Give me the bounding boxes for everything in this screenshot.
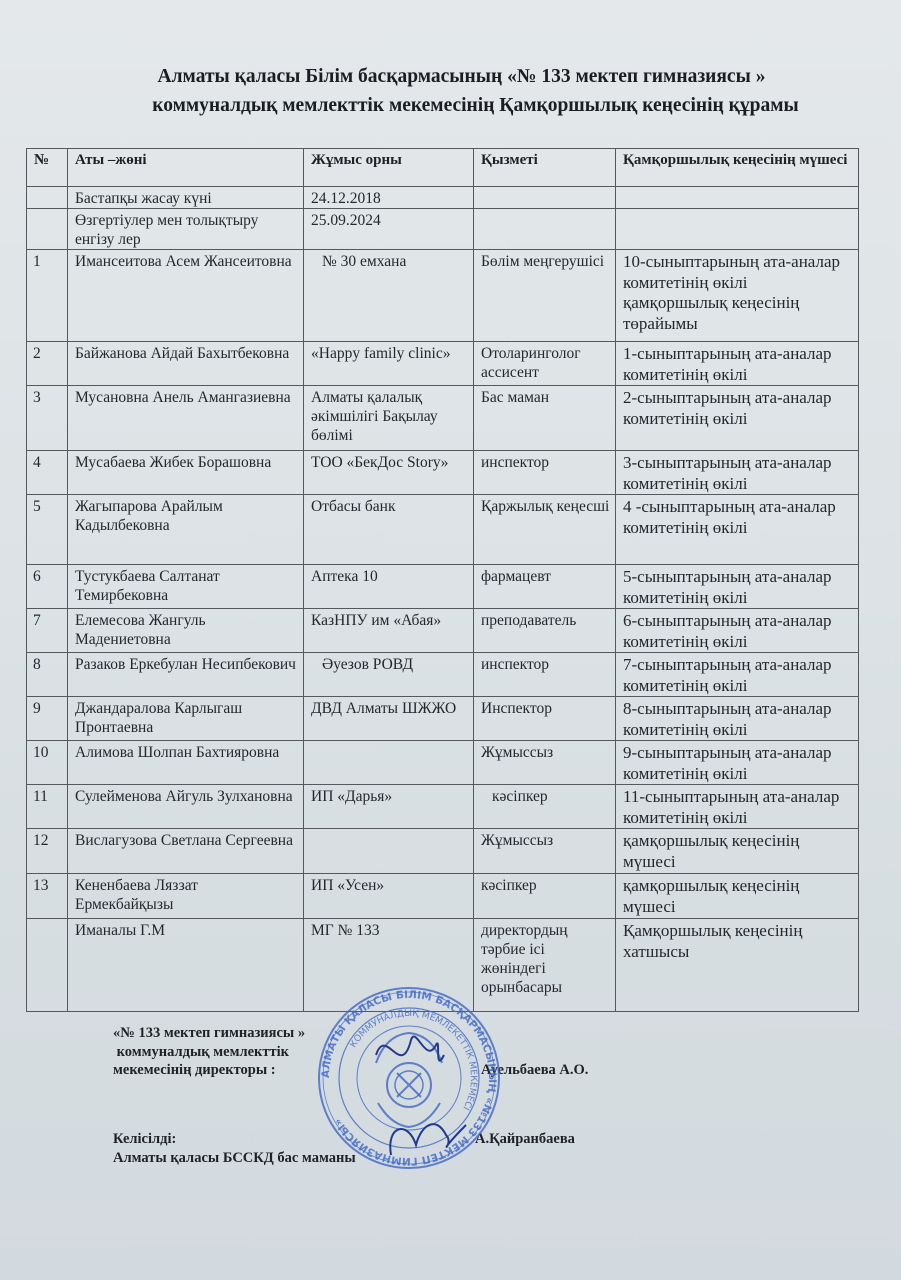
council-table: № Аты –жөні Жұмыс орны Қызметі Қамқоршыл… <box>26 148 859 1012</box>
header-position: Қызметі <box>474 149 616 187</box>
meta-label: Өзгертіулер мен толықтыру енгізу лер <box>68 209 304 250</box>
director-block: «№ 133 мектеп гимназиясы » коммуналдық м… <box>113 1024 305 1080</box>
member-position: Отоларинголог ассисент <box>474 342 616 386</box>
table-header-row: № Аты –жөні Жұмыс орны Қызметі Қамқоршыл… <box>27 149 859 187</box>
member-position: Жұмыссыз <box>474 829 616 874</box>
member-workplace: Әуезов РОВД <box>304 653 474 697</box>
member-position: кәсіпкер <box>474 785 616 829</box>
member-name: Имансеитова Асем Жансеитовна <box>68 250 304 342</box>
member-role: 4 -сыныптарының ата-аналар комитетінің ө… <box>616 495 859 565</box>
row-number: 9 <box>27 697 68 741</box>
row-number: 10 <box>27 741 68 785</box>
stamp-inner-text: КОММУНАЛДЫҚ МЕМЛЕКЕТТІК МЕКЕМЕСІ <box>349 1009 478 1112</box>
row-number: 6 <box>27 565 68 609</box>
member-role: 7-сыныптарының ата-аналар комитетінің өк… <box>616 653 859 697</box>
table-row: 9Джандаралова Карлыгаш ПронтаевнаДВД Алм… <box>27 697 859 741</box>
meta-value: 24.12.2018 <box>304 187 474 209</box>
director-line-1: «№ 133 мектеп гимназиясы » <box>113 1024 305 1043</box>
member-position: преподаватель <box>474 609 616 653</box>
table-row: 13Кененбаева Ляззат ЕрмекбайқызыИП «Усен… <box>27 874 859 919</box>
member-name: Джандаралова Карлыгаш Пронтаевна <box>68 697 304 741</box>
table-row: 6Тустукбаева Салтанат ТемирбековнаАптека… <box>27 565 859 609</box>
member-role: 11-сыныптарының ата-аналар комитетінің ө… <box>616 785 859 829</box>
meta-row-created: Бастапқы жасау күні 24.12.2018 <box>27 187 859 209</box>
header-workplace: Жұмыс орны <box>304 149 474 187</box>
meta-label: Бастапқы жасау күні <box>68 187 304 209</box>
header-num: № <box>27 149 68 187</box>
member-name: Кененбаева Ляззат Ермекбайқызы <box>68 874 304 919</box>
meta-value: 25.09.2024 <box>304 209 474 250</box>
member-workplace: ТОО «БекДос Story» <box>304 451 474 495</box>
director-line-3: мекемесінің директоры : <box>113 1061 305 1080</box>
row-number: 8 <box>27 653 68 697</box>
member-position: инспектор <box>474 451 616 495</box>
member-position: кәсіпкер <box>474 874 616 919</box>
member-position: Бас маман <box>474 386 616 451</box>
member-position: Қаржылық кеңесші <box>474 495 616 565</box>
member-position: фармацевт <box>474 565 616 609</box>
row-number: 11 <box>27 785 68 829</box>
member-role: қамқоршылық кеңесінің мүшесі <box>616 874 859 919</box>
member-workplace: ДВД Алматы ШЖЖО <box>304 697 474 741</box>
member-workplace <box>304 741 474 785</box>
member-name: Байжанова Айдай Бахытбековна <box>68 342 304 386</box>
svg-text:КОММУНАЛДЫҚ МЕМЛЕКЕТТІК МЕКЕМЕ: КОММУНАЛДЫҚ МЕМЛЕКЕТТІК МЕКЕМЕСІ <box>349 1009 478 1112</box>
member-role: 10-сыныптарының ата-аналар комитетінің ө… <box>616 250 859 342</box>
header-name: Аты –жөні <box>68 149 304 187</box>
member-workplace: ИП «Дарья» <box>304 785 474 829</box>
table-row: 1Имансеитова Асем Жансеитовна№ 30 емхана… <box>27 250 859 342</box>
table-row: 8Разаков Еркебулан НесипбековичӘуезов РО… <box>27 653 859 697</box>
row-number: 2 <box>27 342 68 386</box>
table-row: 12Вислагузова Светлана СергеевнаЖұмыссыз… <box>27 829 859 874</box>
table-row: 7Елемесова Жангуль МадениетовнаКазНПУ им… <box>27 609 859 653</box>
member-workplace: № 30 емхана <box>304 250 474 342</box>
document-title: Алматы қаласы Білім басқармасының «№ 133… <box>0 62 901 120</box>
member-role: 3-сыныптарының ата-аналар комитетінің өк… <box>616 451 859 495</box>
member-workplace: «Happy family clinic» <box>304 342 474 386</box>
member-name: Сулейменова Айгуль Зулхановна <box>68 785 304 829</box>
member-role: 1-сыныптарының ата-аналар комитетінің өк… <box>616 342 859 386</box>
member-name: Вислагузова Светлана Сергеевна <box>68 829 304 874</box>
member-name: Тустукбаева Салтанат Темирбековна <box>68 565 304 609</box>
member-role: 5-сыныптарының ата-аналар комитетінің өк… <box>616 565 859 609</box>
official-stamp-icon: АЛМАТЫ ҚАЛАСЫ БІЛІМ БАСҚАРМАСЫНЫҢ «№133 … <box>316 985 502 1171</box>
member-name: Алимова Шолпан Бахтияровна <box>68 741 304 785</box>
meta-row-changes: Өзгертіулер мен толықтыру енгізу лер 25.… <box>27 209 859 250</box>
member-name: Елемесова Жангуль Мадениетовна <box>68 609 304 653</box>
director-signature-icon <box>376 1037 444 1061</box>
table-row: 11Сулейменова Айгуль ЗулхановнаИП «Дарья… <box>27 785 859 829</box>
table-row: 3Мусановна Анель АмангазиевнаАлматы қала… <box>27 386 859 451</box>
member-name: Жагыпарова Арайлым Кадылбековна <box>68 495 304 565</box>
member-role: қамқоршылық кеңесінің мүшесі <box>616 829 859 874</box>
member-role: 6-сыныптарының ата-аналар комитетінің өк… <box>616 609 859 653</box>
member-role: 9-сыныптарының ата-аналар комитетінің өк… <box>616 741 859 785</box>
table-row: 5Жагыпарова Арайлым КадылбековнаОтбасы б… <box>27 495 859 565</box>
row-number: 3 <box>27 386 68 451</box>
title-line-1: Алматы қаласы Білім басқармасының «№ 133… <box>0 62 901 91</box>
row-number: 1 <box>27 250 68 342</box>
row-number: 5 <box>27 495 68 565</box>
member-workplace: КазНПУ им «Абая» <box>304 609 474 653</box>
member-role: 2-сыныптарының ата-аналар комитетінің өк… <box>616 386 859 451</box>
table-row: 2Байжанова Айдай Бахытбековна«Happy fami… <box>27 342 859 386</box>
title-line-2: коммуналдық мемлекттік мекемесінің Қамқо… <box>0 91 901 120</box>
member-position: Бөлім меңгерушісі <box>474 250 616 342</box>
row-number: 12 <box>27 829 68 874</box>
member-workplace: ИП «Усен» <box>304 874 474 919</box>
member-name: Иманалы Г.М <box>68 919 304 1012</box>
member-role: Қамқоршылық кеңесінің хатшысы <box>616 919 859 1012</box>
member-role: 8-сыныптарының ата-аналар комитетінің өк… <box>616 697 859 741</box>
header-member: Қамқоршылық кеңесінің мүшесі <box>616 149 859 187</box>
row-number: 13 <box>27 874 68 919</box>
member-name: Разаков Еркебулан Несипбекович <box>68 653 304 697</box>
member-workplace: Отбасы банк <box>304 495 474 565</box>
row-number: 4 <box>27 451 68 495</box>
director-line-2: коммуналдық мемлекттік <box>113 1043 305 1062</box>
row-number: 7 <box>27 609 68 653</box>
member-name: Мусабаева Жибек Борашовна <box>68 451 304 495</box>
table-row: 10Алимова Шолпан БахтияровнаЖұмыссыз9-сы… <box>27 741 859 785</box>
member-workplace <box>304 829 474 874</box>
member-workplace: Аптека 10 <box>304 565 474 609</box>
row-number <box>27 919 68 1012</box>
member-position: Жұмыссыз <box>474 741 616 785</box>
member-workplace: Алматы қалалық әкімшілігі Бақылау бөлімі <box>304 386 474 451</box>
member-position: Инспектор <box>474 697 616 741</box>
member-position: инспектор <box>474 653 616 697</box>
table-row: 4Мусабаева Жибек БорашовнаТОО «БекДос St… <box>27 451 859 495</box>
member-name: Мусановна Анель Амангазиевна <box>68 386 304 451</box>
